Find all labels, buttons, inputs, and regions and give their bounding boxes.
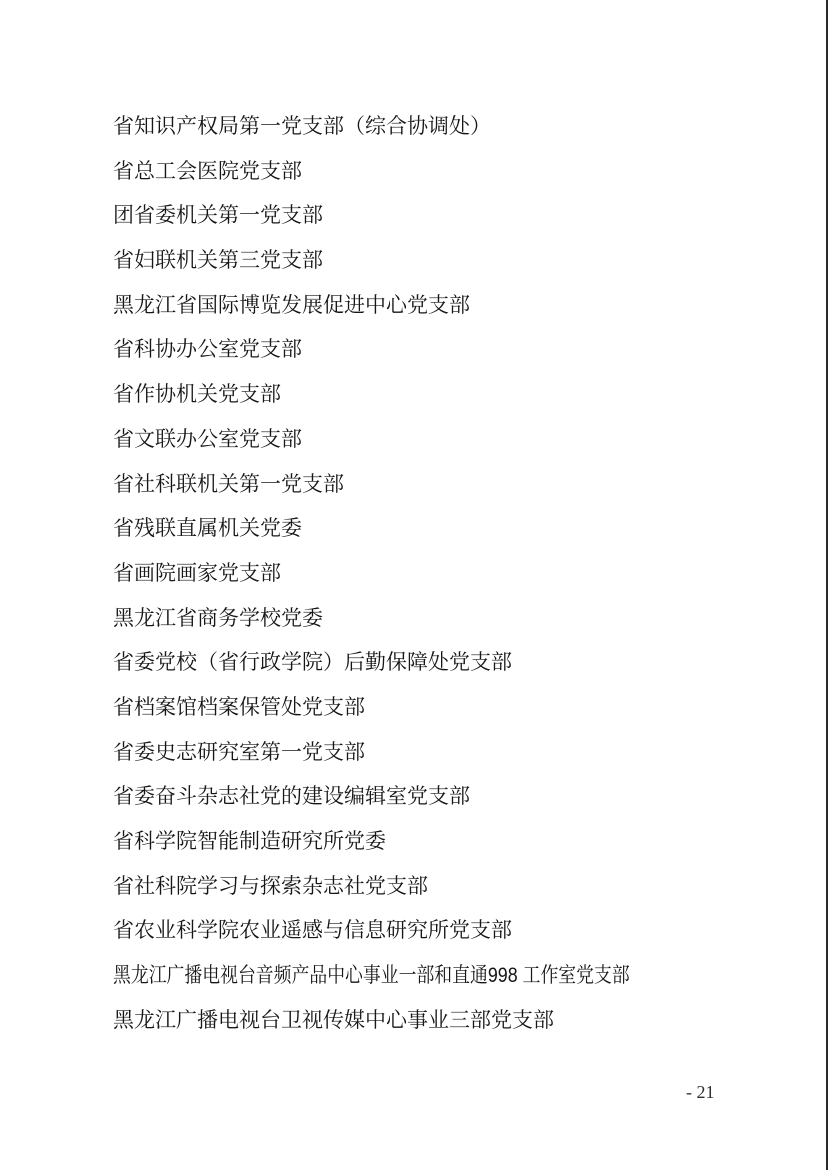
org-name-line: 团省委机关第一党支部: [113, 194, 796, 239]
org-name-line: 省知识产权局第一党支部（综合协调处）: [113, 105, 796, 150]
org-name-line: 省科协办公室党支部: [113, 328, 796, 373]
org-name-line: 黑龙江广播电视台音频产品中心事业一部和直通998 工作室党支部: [113, 954, 694, 999]
org-name-line: 省总工会医院党支部: [113, 150, 796, 195]
org-name-line: 省妇联机关第三党支部: [113, 239, 796, 284]
org-name-line: 黑龙江省国际博览发展促进中心党支部: [113, 284, 796, 329]
org-name-line: 省画院画家党支部: [113, 552, 796, 597]
org-name-line: 省残联直属机关党委: [113, 507, 796, 552]
org-name-line: 省档案馆档案保管处党支部: [113, 686, 796, 731]
org-name-line: 省委史志研究室第一党支部: [113, 731, 796, 776]
org-name-line: 省社科院学习与探索杂志社党支部: [113, 865, 796, 910]
org-name-line: 省农业科学院农业遥感与信息研究所党支部: [113, 909, 796, 954]
org-name-list: 省知识产权局第一党支部（综合协调处）省总工会医院党支部团省委机关第一党支部省妇联…: [113, 105, 796, 1043]
org-name-line: 省文联办公室党支部: [113, 418, 796, 463]
org-name-line: 省委奋斗杂志社党的建设编辑室党支部: [113, 775, 796, 820]
org-name-line: 省作协机关党支部: [113, 373, 796, 418]
org-name-line: 黑龙江省商务学校党委: [113, 597, 796, 642]
org-name-line: 黑龙江广播电视台卫视传媒中心事业三部党支部: [113, 999, 796, 1044]
org-name-line: 省委党校（省行政学院）后勤保障处党支部: [113, 641, 796, 686]
page-number: - 21: [686, 1082, 715, 1103]
org-name-line: 省科学院智能制造研究所党委: [113, 820, 796, 865]
org-name-line: 省社科联机关第一党支部: [113, 463, 796, 508]
document-page: 省知识产权局第一党支部（综合协调处）省总工会医院党支部团省委机关第一党支部省妇联…: [0, 0, 828, 1170]
